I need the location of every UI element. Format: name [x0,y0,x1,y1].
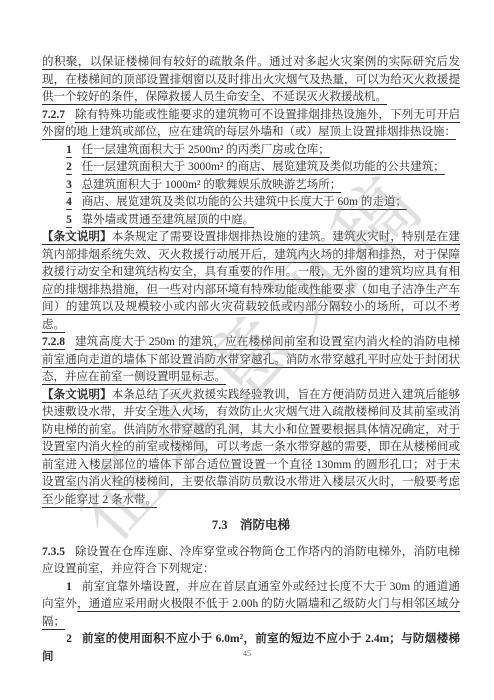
underlined-text: 2任一层建筑面积大于 3000m² 的商店、展览建筑及类似功能的公共建筑； [66,161,445,173]
item-number: 5 [66,214,72,226]
underlined-text: 7.2.7除有特殊功能或性能要求的建筑物可不设置排烟排热设施外，下列无可开启外窗… [42,109,460,139]
document-page: 征求意见稿 的积聚，以保证楼梯间有较好的疏散条件。通过对多起火灾案例的实际研究后… [0,0,494,700]
item-text: 任一层建筑面积大于 2500m² 的丙类厂房或仓库； [82,144,330,156]
underlined-text: 【条文说明】本条总结了灭火救援实践经验教训，旨在方便消防员进入建筑后能够快速敷设… [42,389,460,506]
page-content: 的积聚，以保证楼梯间有较好的疏散条件。通过对多起火灾案例的实际研究后发现，在楼梯… [42,54,460,666]
list-item-3: 3总建筑面积大于 1000m² 的歌舞娱乐放映游艺场所； [42,177,460,195]
item-number: 1 [66,581,72,593]
item-text: 靠外墙或贯通至建筑屋顶的中庭。 [82,214,255,226]
list-item-735-1: 1前室宜靠外墙设置，并应在首层直通室外或经过长度不大于 30m 的通道通向室外，… [42,579,460,632]
item-number: 2 [66,161,72,173]
item-text: 总建筑面积大于 1000m² 的歌舞娱乐放映游艺场所； [82,179,342,191]
clause-number: 7.2.8 [42,336,65,348]
section-title: 消防电梯 [240,518,290,532]
list-item-1: 1任一层建筑面积大于 2500m² 的丙类厂房或仓库； [42,142,460,160]
item-text: 前室的使用面积不应小于 6.0m²，前室的短边不应小于 2.4m；与防烟楼梯间 [42,633,460,663]
item-text: 任一层建筑面积大于 3000m² 的商店、展览建筑及类似功能的公共建筑； [82,161,445,173]
clause-number: 7.3.5 [42,546,65,558]
list-item-5: 5靠外墙或贯通至建筑屋顶的中庭。 [42,212,460,230]
note-7-2-8: 【条文说明】本条总结了灭火救援实践经验教训，旨在方便消防员进入建筑后能够快速敷设… [42,387,460,510]
item-number: 4 [66,196,72,208]
section-number: 7.3 [212,518,228,532]
underlined-text: 5靠外墙或贯通至建筑屋顶的中庭。 [66,214,254,226]
note-text: 本条规定了需要设置排烟排热设施的建筑。建筑火灾时，特别是在建筑内部排烟系统失效、… [42,231,460,331]
list-item-2: 2任一层建筑面积大于 3000m² 的商店、展览建筑及类似功能的公共建筑； [42,159,460,177]
section-heading-7-3: 7.3消防电梯 [42,517,460,535]
underlined-text: 3总建筑面积大于 1000m² 的歌舞娱乐放映游艺场所； [66,179,341,191]
note-text: 本条总结了灭火救援实践经验教训，旨在方便消防员进入建筑后能够快速敷设水带，并安全… [42,389,460,506]
underlined-text: 的积聚，以保证楼梯间有较好的疏散条件。通过对多起火灾案例的实际研究后发现，在楼梯… [42,56,460,103]
note-label: 【条文说明】 [42,389,112,401]
note-label: 【条文说明】 [42,231,112,243]
clause-7-2-7: 7.2.7除有特殊功能或性能要求的建筑物可不设置排烟排热设施外，下列无可开启外窗… [42,107,460,142]
paragraph-continuation: 的积聚，以保证楼梯间有较好的疏散条件。通过对多起火灾案例的实际研究后发现，在楼梯… [42,54,460,107]
item-number: 2 [66,633,72,645]
clause-7-3-5: 7.3.5除设置在仓库连廊、冷库穿堂或谷物筒仓工作塔内的消防电梯外，消防电梯应设… [42,544,460,579]
item-text: 商店、展览建筑及类似功能的公共建筑中长度大于 60m 的走道； [82,196,407,208]
list-item-4: 4商店、展览建筑及类似功能的公共建筑中长度大于 60m 的走道； [42,194,460,212]
clause-text: 建筑高度大于 250m 的建筑，应在楼梯间前室和设置室内消火栓的消防电梯前室通向… [42,336,460,383]
underlined-text: 7.2.8建筑高度大于 250m 的建筑，应在楼梯间前室和设置室内消火栓的消防电… [42,336,460,383]
clause-text: 除有特殊功能或性能要求的建筑物可不设置排烟排热设施外，下列无可开启外窗的地上建筑… [42,109,460,139]
page-number: 45 [0,649,494,658]
underlined-text: 1任一层建筑面积大于 2500m² 的丙类厂房或仓库； [66,144,330,156]
underlined-text: 4商店、展览建筑及类似功能的公共建筑中长度大于 60m 的走道； [66,196,407,208]
underlined-text: 【条文说明】本条规定了需要设置排烟排热设施的建筑。建筑火灾时，特别是在建筑内部排… [42,231,460,331]
clause-7-2-8: 7.2.8建筑高度大于 250m 的建筑，应在楼梯间前室和设置室内消火栓的消防电… [42,334,460,387]
clause-text: 除设置在仓库连廊、冷库穿堂或谷物筒仓工作塔内的消防电梯外，消防电梯应设置前室，并… [42,546,460,576]
note-7-2-7: 【条文说明】本条规定了需要设置排烟排热设施的建筑。建筑火灾时，特别是在建筑内部排… [42,229,460,334]
item-number: 3 [66,179,72,191]
item-text-underlined: ，通道应采用耐火极限不低于 2.00h 的防火隔墙和乙级防火门与相邻区域分隔； [42,598,460,628]
item-number: 1 [66,144,72,156]
clause-number: 7.2.7 [42,109,65,121]
